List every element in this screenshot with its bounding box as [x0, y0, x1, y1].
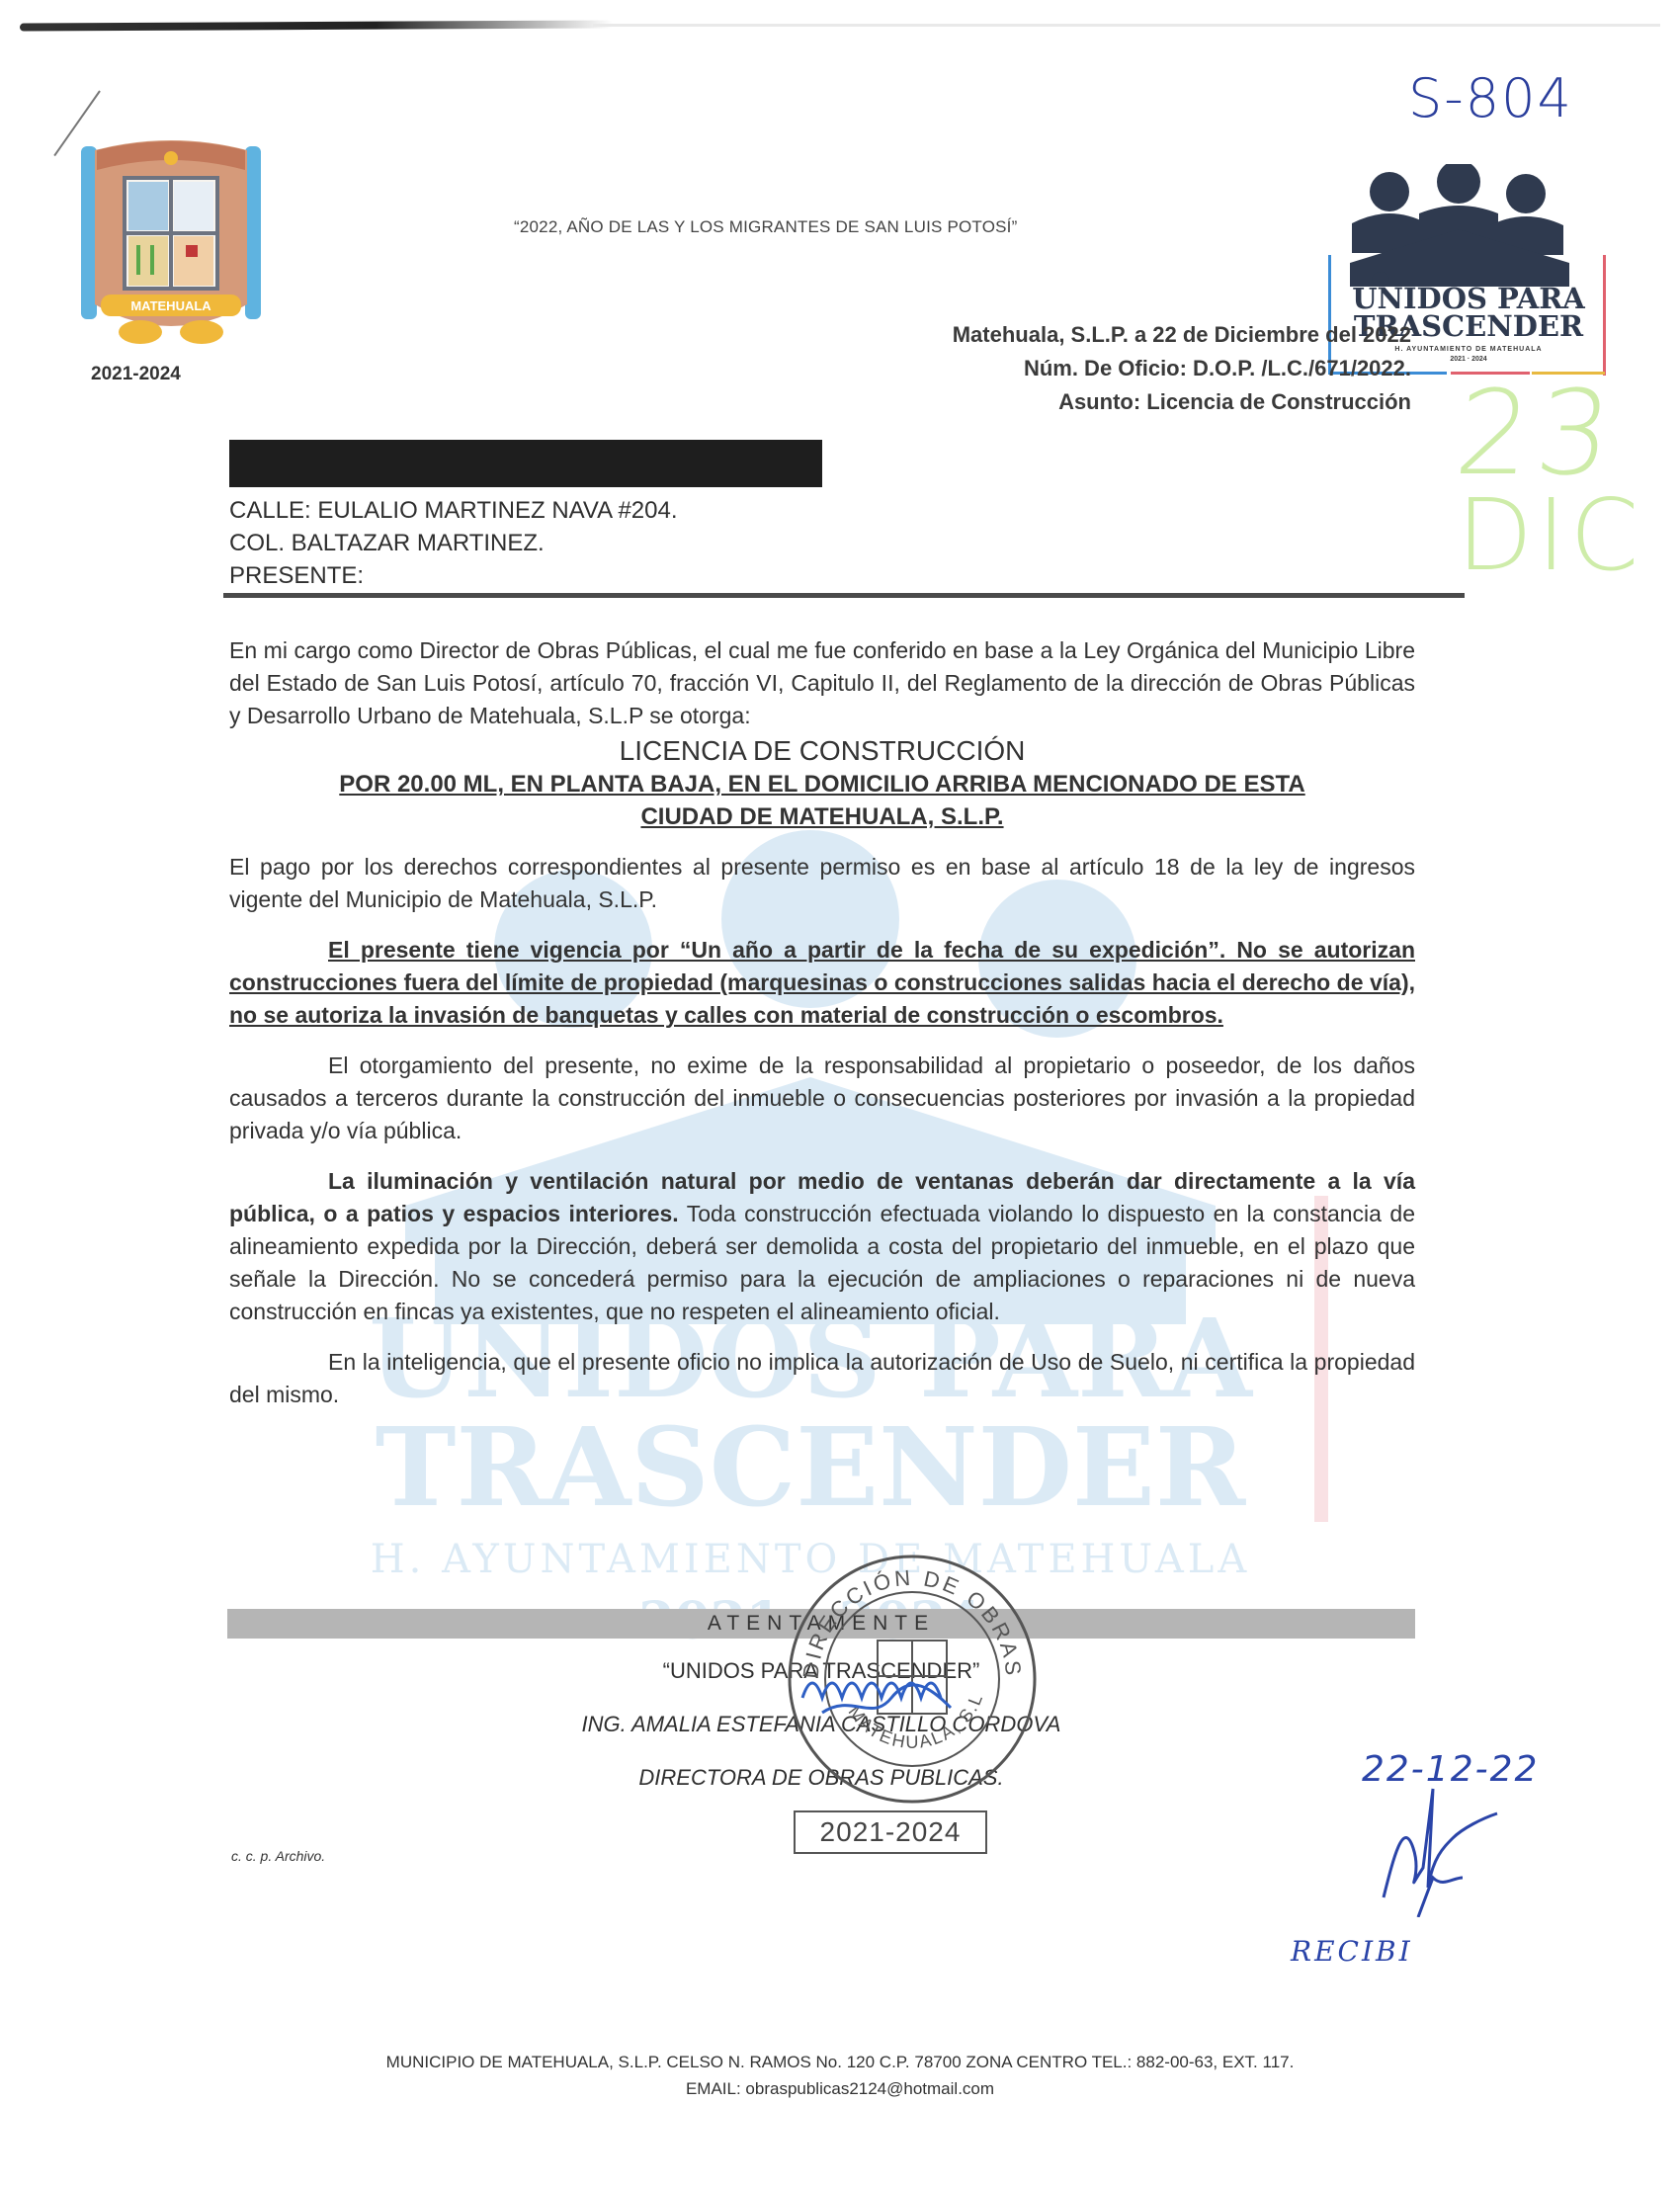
intro-paragraph: En mi cargo como Director de Obras Públi…: [229, 634, 1415, 732]
svg-text:MATEHUALA: MATEHUALA: [130, 298, 211, 313]
receipt-signature-icon: [1374, 1779, 1502, 1917]
official-seal-icon: DIRECCIÓN DE OBRAS PÚBLICAS MATEHUALA, S…: [783, 1550, 1042, 1809]
oficio-number: Núm. De Oficio: D.O.P. /L.C./671/2022.: [953, 352, 1411, 385]
received-day: 23: [1451, 374, 1649, 492]
letter-body: En mi cargo como Director de Obras Públi…: [229, 634, 1415, 1411]
logo-frame-red: [1603, 255, 1606, 376]
year-motto: “2022, AÑO DE LAS Y LOS MIGRANTES DE SAN…: [514, 217, 1017, 237]
subject: Asunto: Licencia de Construcción: [953, 385, 1411, 419]
validity-paragraph: El presente tiene vigencia por “Un año a…: [229, 934, 1415, 1032]
footer-address: MUNICIPIO DE MATEHUALA, S.L.P. CELSO N. …: [0, 2053, 1680, 2072]
matehuala-crest-icon: MATEHUALA: [81, 136, 261, 348]
presente-label: PRESENTE:: [229, 559, 678, 592]
recipient-street: CALLE: EULALIO MARTINEZ NAVA #204.: [229, 494, 678, 527]
place-date: Matehuala, S.L.P. a 22 de Diciembre del …: [953, 318, 1411, 352]
svg-text:DIRECCIÓN DE OBRAS PÚBLICAS: DIRECCIÓN DE OBRAS PÚBLICAS: [783, 1550, 1026, 1680]
handwritten-reference: S-804: [1408, 67, 1573, 129]
letter-meta: Matehuala, S.L.P. a 22 de Diciembre del …: [953, 318, 1411, 419]
land-use-paragraph: En la inteligencia, que el presente ofic…: [229, 1346, 1415, 1411]
header-divider: [223, 593, 1465, 598]
scan-edge-shadow: [20, 20, 613, 31]
footer-email: EMAIL: obraspublicas2124@hotmail.com: [0, 2079, 1680, 2099]
watermark-line2: TRASCENDER: [287, 1413, 1334, 1522]
recipient-address: CALLE: EULALIO MARTINEZ NAVA #204. COL. …: [229, 494, 678, 592]
liability-paragraph: El otorgamiento del presente, no exime d…: [229, 1050, 1415, 1147]
license-detail-1: POR 20.00 ML, EN PLANTA BAJA, EN EL DOMI…: [229, 768, 1415, 800]
lighting-paragraph: La iluminación y ventilación natural por…: [229, 1165, 1415, 1328]
handwritten-recibi: RECIBI: [1291, 1935, 1413, 1968]
received-date-stamp: 23 DIC: [1457, 374, 1642, 585]
received-month: DIC: [1457, 486, 1642, 585]
license-title: LICENCIA DE CONSTRUCCIÓN: [229, 734, 1415, 768]
term-stamp: 2021-2024: [794, 1810, 987, 1854]
license-detail-2: CIUDAD DE MATEHUALA, S.L.P.: [229, 800, 1415, 833]
recipient-colonia: COL. BALTAZAR MARTINEZ.: [229, 527, 678, 559]
scan-edge-line: [593, 24, 1660, 27]
copy-to-archive: c. c. p. Archivo.: [231, 1848, 325, 1864]
payment-paragraph: El pago por los derechos correspondiente…: [229, 851, 1415, 916]
administration-term: 2021-2024: [91, 364, 181, 385]
redacted-recipient-name: [229, 440, 822, 487]
